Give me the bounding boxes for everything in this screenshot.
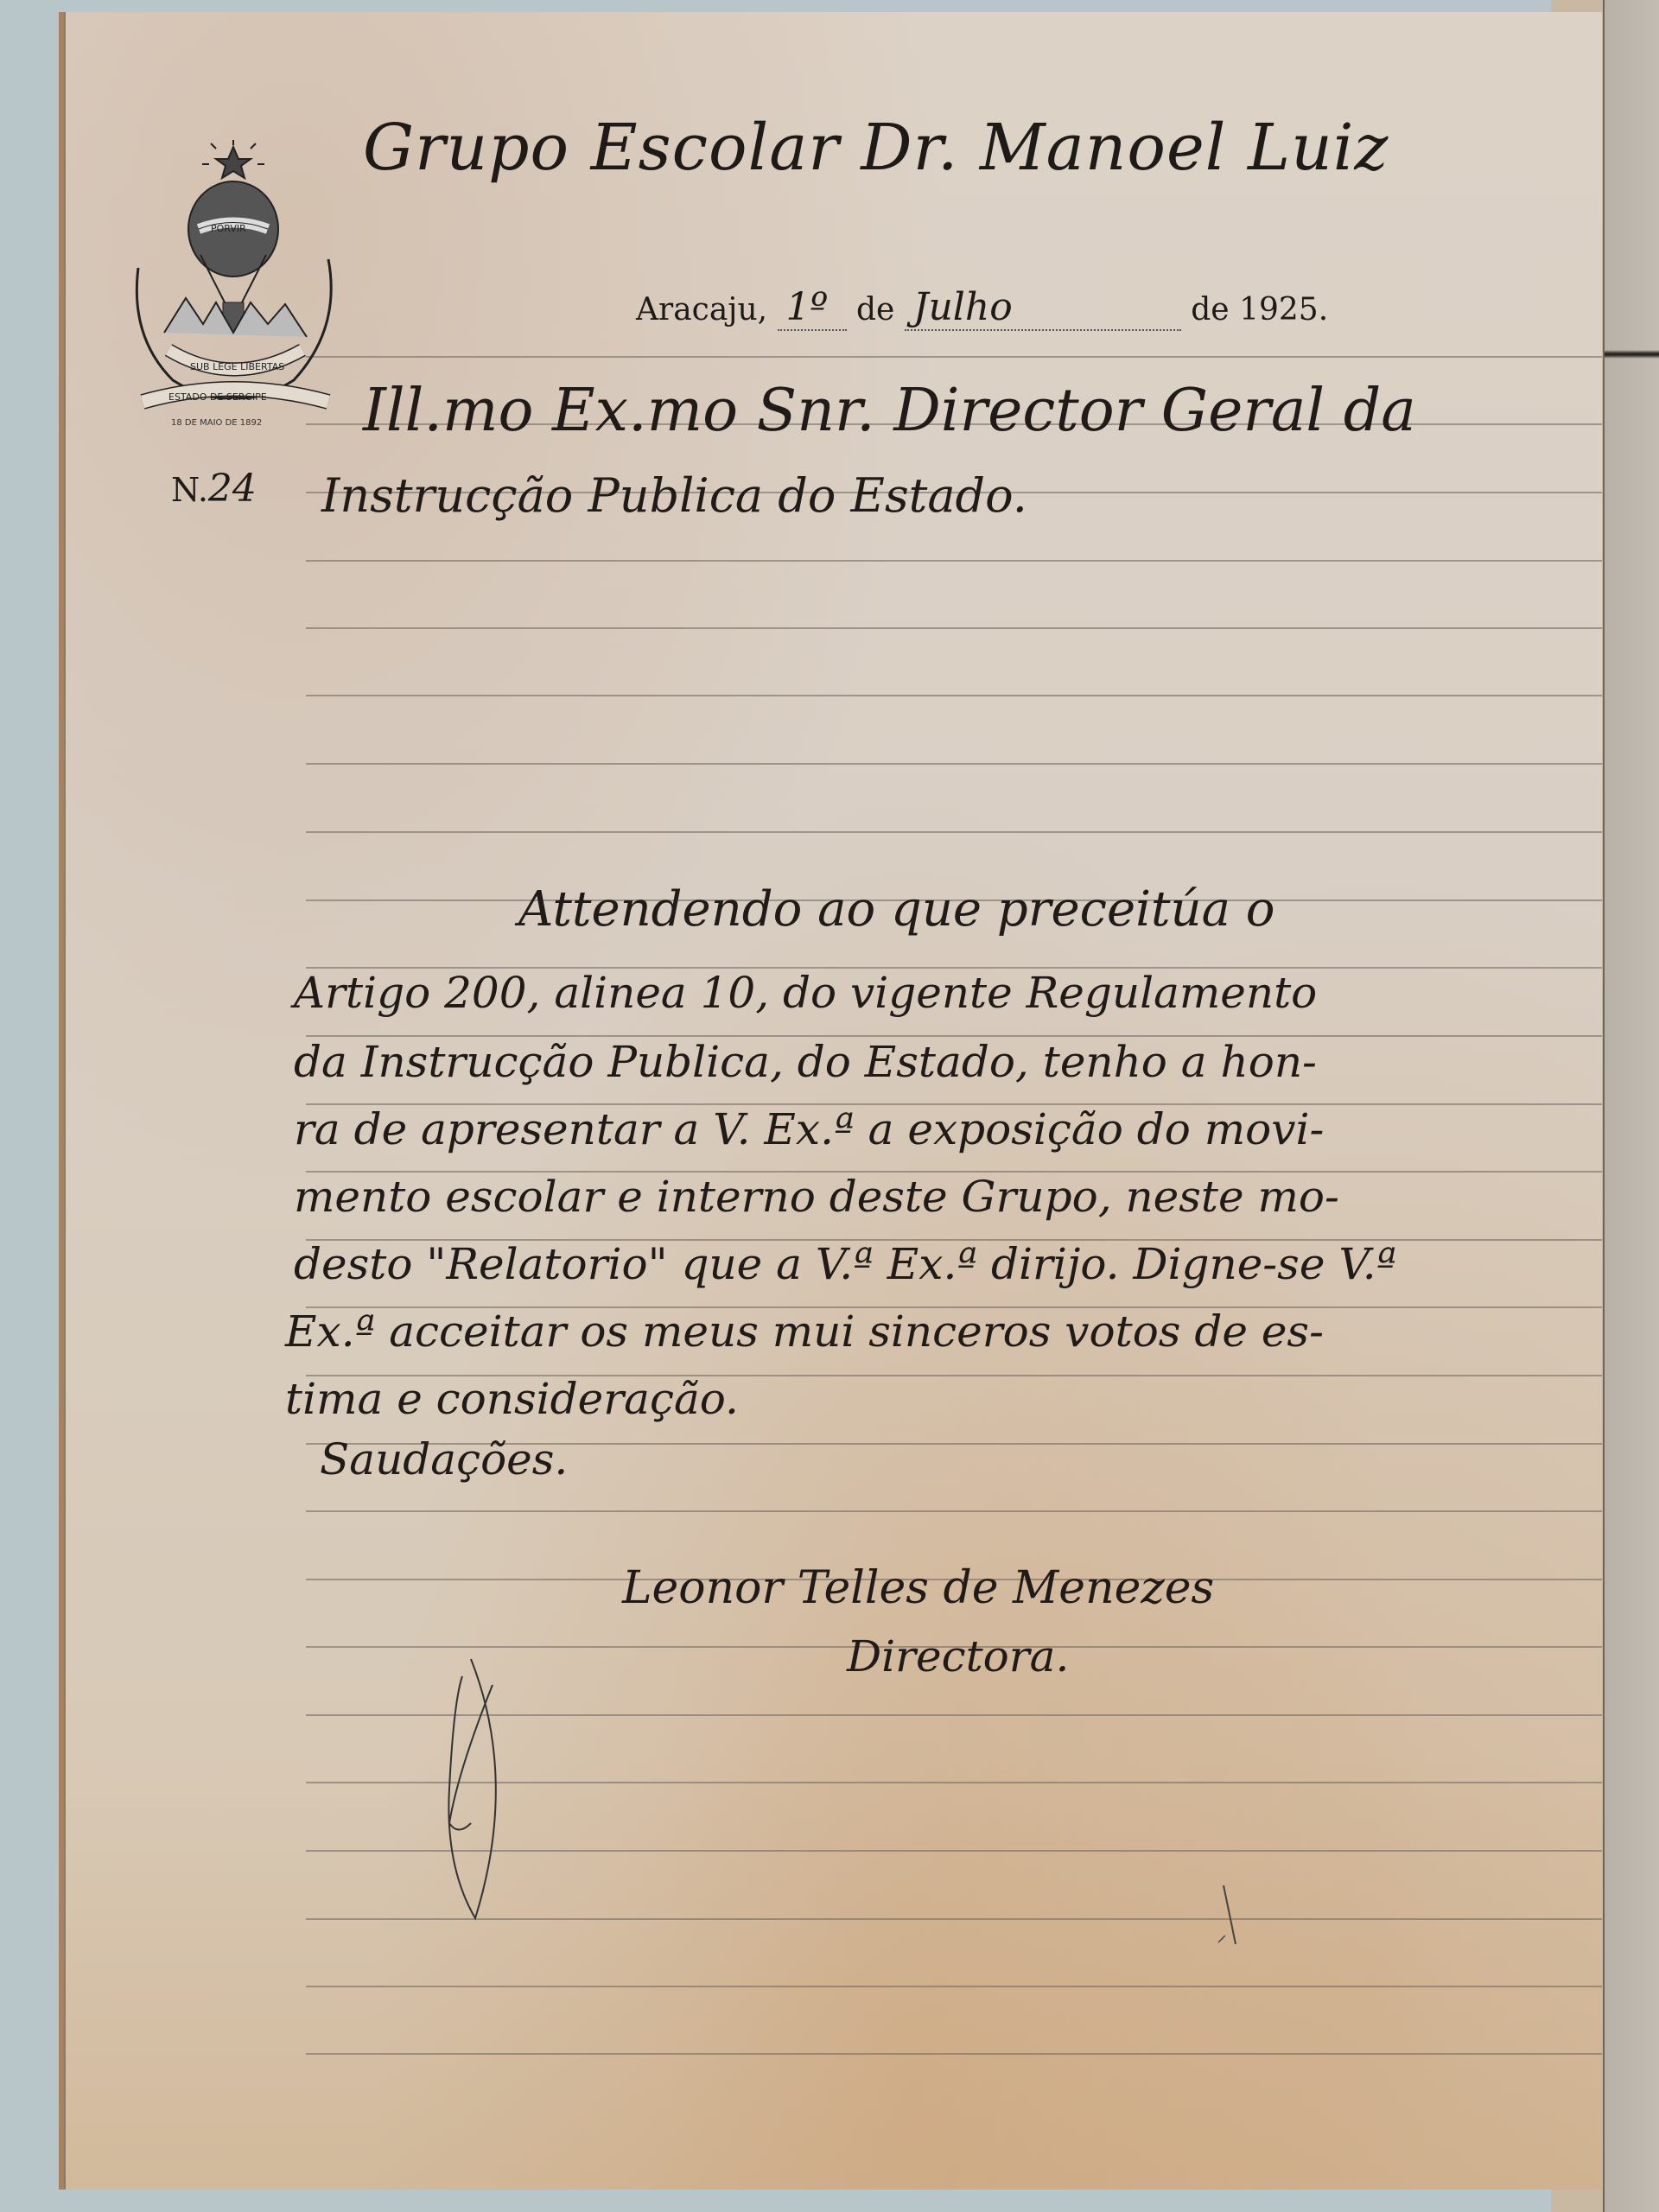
ruled-line	[306, 356, 1602, 358]
date-de: de	[856, 292, 894, 327]
body-line: desto "Relatorio" que a V.ª Ex.ª dirijo.…	[294, 1239, 1396, 1289]
body-line: da Instrucção Publica, do Estado, tenho …	[294, 1037, 1317, 1087]
addressee-line-2: Instrucção Publica do Estado.	[321, 468, 1027, 523]
closing-salutation: Saudações.	[320, 1434, 568, 1484]
ruled-line	[306, 627, 1602, 629]
svg-text:SUB LEGE LIBERTAS: SUB LEGE LIBERTAS	[190, 361, 284, 372]
body-line: Attendendo ao que preceitúa o	[518, 881, 1275, 938]
date-month: Julho	[905, 285, 1181, 331]
body-line: Ex.ª acceitar os meus mui sinceros votos…	[285, 1306, 1324, 1357]
ruled-line	[306, 1510, 1602, 1512]
state-crest-icon: PORVIR SUB LEGE LIBERTAS ESTADO DE SERGI…	[121, 138, 346, 432]
date-day: 1º	[778, 285, 847, 331]
ruled-line	[306, 695, 1602, 696]
institution-letterhead: Grupo Escolar Dr. Manoel Luiz	[363, 111, 1389, 185]
ruled-line	[306, 763, 1602, 765]
body-line: Artigo 200, alinea 10, do vigente Regula…	[294, 968, 1317, 1018]
signatory-title: Directora.	[847, 1631, 1069, 1681]
date-line: Aracaju, 1º de Julho de 1925.	[636, 285, 1328, 331]
signatory-name: Leonor Telles de Menezes	[622, 1562, 1214, 1614]
number-value: 24	[208, 467, 257, 511]
ruled-line	[306, 560, 1602, 562]
body-line: mento escolar e interno deste Grupo, nes…	[294, 1172, 1339, 1222]
addressee-line-1: Ill.mo Ex.mo Snr. Director Geral da	[363, 377, 1416, 445]
pencil-annotation-mark	[423, 1650, 527, 1927]
pencil-tick-mark	[1217, 1884, 1243, 1953]
number-label: N.	[171, 471, 208, 509]
ruled-line	[306, 831, 1602, 833]
svg-text:PORVIR: PORVIR	[211, 223, 246, 234]
ruled-line	[306, 1986, 1602, 1987]
date-year: 1925.	[1239, 292, 1328, 327]
document-number: N.24	[171, 467, 257, 511]
svg-text:ESTADO DE SERGIPE: ESTADO DE SERGIPE	[168, 391, 267, 403]
body-line: ra de apresentar a V. Ex.ª a exposição d…	[294, 1104, 1324, 1154]
ruled-line	[306, 2053, 1602, 2055]
date-de: de	[1191, 292, 1229, 327]
svg-text:18 DE MAIO DE 1892: 18 DE MAIO DE 1892	[171, 418, 262, 428]
body-line: tima e consideração.	[285, 1374, 739, 1424]
city: Aracaju,	[636, 292, 767, 327]
star-icon	[202, 140, 264, 178]
